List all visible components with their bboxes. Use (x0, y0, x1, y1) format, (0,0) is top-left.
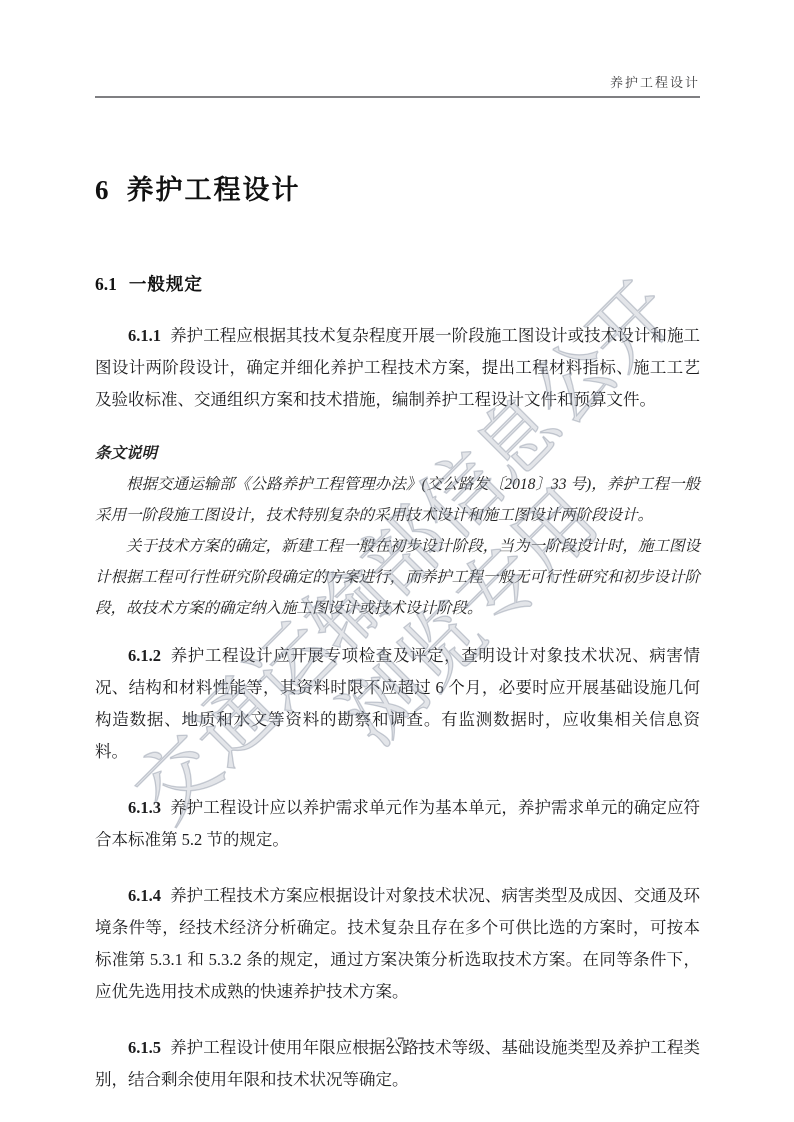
commentary-block: 条文说明 根据交通运输部《公路养护工程管理办法》(交公路发〔2018〕33 号)… (95, 438, 700, 624)
clause-number: 6.1.1 (128, 326, 161, 345)
clause-text: 养护工程应根据其技术复杂程度开展一阶段施工图设计或技术设计和施工图设计两阶段设计… (95, 326, 700, 409)
page-header: 养护工程设计 (0, 0, 794, 98)
running-header-title: 养护工程设计 (0, 0, 794, 91)
document-body: 6养护工程设计 6.1一般规定 6.1.1养护工程应根据其技术复杂程度开展一阶段… (0, 168, 794, 1096)
clause-6-1-2: 6.1.2养护工程设计应开展专项检查及评定，查明设计对象技术状况、病害情况、结构… (95, 640, 700, 768)
commentary-paragraph-1: 根据交通运输部《公路养护工程管理办法》(交公路发〔2018〕33 号)，养护工程… (95, 469, 700, 531)
clause-number: 6.1.3 (128, 798, 161, 817)
page-footer: — 27 — (0, 1035, 794, 1052)
clause-6-1-1: 6.1.1养护工程应根据其技术复杂程度开展一阶段施工图设计或技术设计和施工图设计… (95, 320, 700, 416)
clause-text: 养护工程设计应开展专项检查及评定，查明设计对象技术状况、病害情况、结构和材料性能… (95, 646, 700, 761)
header-rule (95, 96, 700, 98)
commentary-paragraph-2: 关于技术方案的确定，新建工程一般在初步设计阶段，当为一阶段设计时，施工图设计根据… (95, 531, 700, 624)
clause-number: 6.1.4 (128, 886, 161, 905)
clause-number: 6.1.2 (128, 646, 161, 665)
clause-text: 养护工程设计应以养护需求单元作为基本单元，养护需求单元的确定应符合本标准第 5.… (95, 798, 700, 849)
clause-text: 养护工程技术方案应根据设计对象技术状况、病害类型及成因、交通及环境条件等，经技术… (95, 886, 700, 1001)
chapter-number: 6 (95, 175, 109, 205)
section-number: 6.1 (95, 274, 117, 294)
chapter-title-text: 养护工程设计 (127, 175, 301, 205)
clause-6-1-4: 6.1.4养护工程技术方案应根据设计对象技术状况、病害类型及成因、交通及环境条件… (95, 880, 700, 1008)
page-number: — 27 — (360, 1035, 435, 1051)
commentary-heading: 条文说明 (95, 438, 700, 469)
document-page: 交通运输部信息公开 浏览专用 养护工程设计 6养护工程设计 6.1一般规定 6.… (0, 0, 794, 1122)
clause-6-1-3: 6.1.3养护工程设计应以养护需求单元作为基本单元，养护需求单元的确定应符合本标… (95, 792, 700, 856)
section-title: 6.1一般规定 (95, 271, 700, 296)
chapter-title: 6养护工程设计 (95, 168, 700, 207)
section-title-text: 一般规定 (129, 274, 203, 294)
